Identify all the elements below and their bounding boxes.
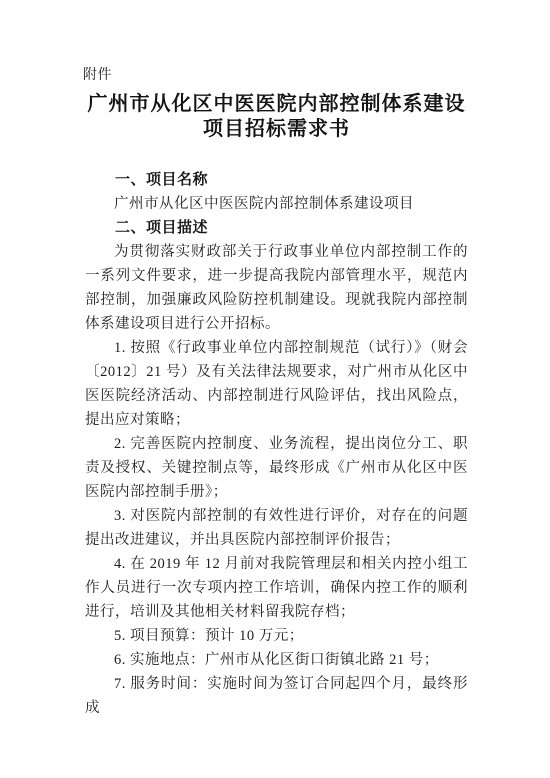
document-title-line-2: 项目招标需求书	[85, 117, 468, 142]
section-heading-project-name: 一、项目名称	[85, 168, 468, 192]
section-heading-project-description: 二、项目描述	[85, 216, 468, 240]
description-item-4: 4. 在 2019 年 12 月前对我院管理层和相关内控小组工作人员进行一次专项…	[85, 552, 468, 624]
project-name-paragraph: 广州市从化区中医医院内部控制体系建设项目	[85, 192, 468, 216]
document-title: 广州市从化区中医医院内部控制体系建设 项目招标需求书	[85, 92, 468, 142]
description-item-3: 3. 对医院内部控制的有效性进行评价，对存在的问题提出改进建议，并出具医院内部控…	[85, 504, 468, 552]
document-page: 附件 广州市从化区中医医院内部控制体系建设 项目招标需求书 一、项目名称 广州市…	[0, 0, 550, 778]
document-body: 一、项目名称 广州市从化区中医医院内部控制体系建设项目 二、项目描述 为贯彻落实…	[85, 168, 468, 720]
description-item-2: 2. 完善医院内控制度、业务流程，提出岗位分工、职责及授权、关键控制点等，最终形…	[85, 432, 468, 504]
document-title-line-1: 广州市从化区中医医院内部控制体系建设	[85, 92, 468, 117]
description-item-7-service-time: 7. 服务时间：实施时间为签订合同起四个月，最终形成	[85, 672, 468, 720]
attachment-label: 附件	[83, 66, 468, 86]
description-item-6-location: 6. 实施地点：广州市从化区街口街镇北路 21 号；	[85, 648, 468, 672]
description-intro-paragraph: 为贯彻落实财政部关于行政事业单位内部控制工作的一系列文件要求，进一步提高我院内部…	[85, 240, 468, 336]
description-item-1: 1. 按照《行政事业单位内部控制规范（试行）》（财会〔2012〕21 号）及有关…	[85, 336, 468, 432]
description-item-5-budget: 5. 项目预算：预计 10 万元；	[85, 624, 468, 648]
